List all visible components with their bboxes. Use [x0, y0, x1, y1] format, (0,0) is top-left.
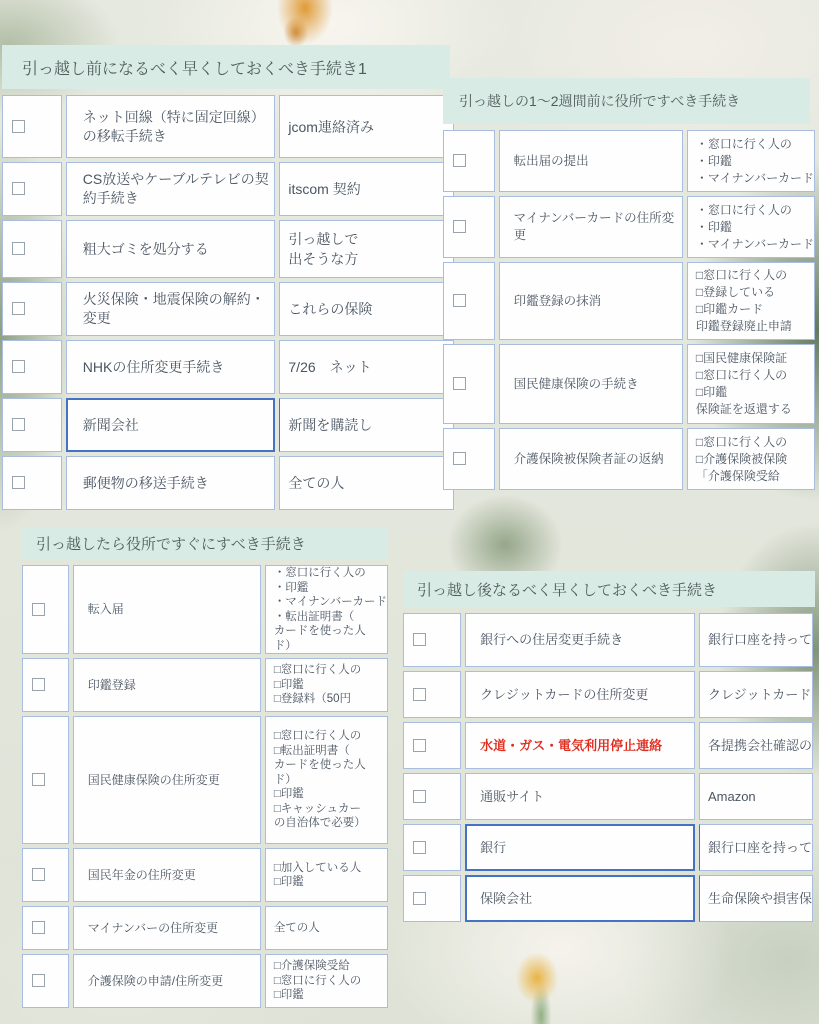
task-cell[interactable]: 転出届の提出 — [499, 130, 683, 192]
checkbox-cell[interactable] — [2, 95, 62, 158]
checklist-table-before-moving: 引っ越し前になるべく早くしておくべき手続き1 ネット回線（特に固定回線）の移転手… — [2, 45, 458, 514]
task-cell[interactable]: NHKの住所変更手続き — [66, 340, 276, 394]
table-row: 転出届の提出 ・窓口に行く人の ・印鑑 ・マイナンバーカード — [443, 130, 815, 192]
checkbox-icon[interactable] — [413, 633, 426, 646]
table-row: 水道・ガス・電気利用停止連絡 各提携会社確認の — [403, 722, 813, 769]
checkbox-icon[interactable] — [32, 603, 45, 616]
table-row: 国民年金の住所変更 □加入している人 □印鑑 — [22, 848, 388, 902]
checkbox-cell[interactable] — [403, 613, 461, 667]
checkbox-icon[interactable] — [12, 418, 25, 431]
checkbox-icon[interactable] — [453, 452, 466, 465]
note-cell[interactable]: 全ての人 — [279, 456, 454, 510]
checkbox-cell[interactable] — [2, 340, 62, 394]
table-row: 通販サイト Amazon — [403, 773, 813, 820]
task-cell[interactable]: 郵便物の移送手続き — [66, 456, 276, 510]
checkbox-icon[interactable] — [12, 360, 25, 373]
note-cell[interactable]: 全ての人 — [265, 906, 388, 950]
checkbox-icon[interactable] — [12, 182, 25, 195]
checkbox-icon[interactable] — [32, 974, 45, 987]
task-cell[interactable]: 国民年金の住所変更 — [73, 848, 261, 902]
checkbox-cell[interactable] — [22, 565, 69, 654]
checkbox-icon[interactable] — [12, 120, 25, 133]
checkbox-cell[interactable] — [2, 220, 62, 278]
task-cell[interactable]: 保険会社 — [465, 875, 695, 922]
table-row: 転入届 ・窓口に行く人の ・印鑑 ・マイナンバーカード ・転出証明書（ カードを… — [22, 565, 388, 654]
checkbox-cell[interactable] — [22, 954, 69, 1008]
table-row: 介護保険被保険者証の返納 □窓口に行く人の □介護保険被保険 「介護保険受給 — [443, 428, 815, 490]
checkbox-icon[interactable] — [453, 294, 466, 307]
table-row: 郵便物の移送手続き 全ての人 — [2, 456, 454, 510]
checkbox-cell[interactable] — [403, 671, 461, 718]
checkbox-icon[interactable] — [32, 921, 45, 934]
table-title: 引っ越し後なるべく早くしておくべき手続き — [403, 571, 815, 607]
checklist-table-after-moving: 引っ越し後なるべく早くしておくべき手続き 銀行への住居変更手続き 銀行口座を持っ… — [403, 571, 817, 926]
note-cell[interactable]: 銀行口座を持って — [699, 613, 813, 667]
note-cell[interactable]: □窓口に行く人の □印鑑 □登録料（50円 — [265, 658, 388, 712]
task-cell[interactable]: 通販サイト — [465, 773, 695, 820]
checkbox-icon[interactable] — [413, 841, 426, 854]
table-row: 粗大ゴミを処分する 引っ越しで 出そうな方 — [2, 220, 454, 278]
table-row: 国民健康保険の手続き □国民健康保険証 □窓口に行く人の □印鑑 保険証を返還す… — [443, 344, 815, 424]
task-cell[interactable]: 国民健康保険の住所変更 — [73, 716, 261, 844]
checklist-grid: ネット回線（特に固定回線）の移転手続き jcom連絡済み CS放送やケーブルテレ… — [2, 91, 458, 514]
note-cell[interactable]: 生命保険や損害保 — [699, 875, 813, 922]
checkbox-icon[interactable] — [453, 220, 466, 233]
table-row: 新聞会社 新聞を購読し — [2, 398, 454, 452]
checkbox-cell[interactable] — [22, 716, 69, 844]
checkbox-icon[interactable] — [453, 154, 466, 167]
checkbox-icon[interactable] — [413, 688, 426, 701]
checklist-table-city-office-after: 引っ越したら役所ですぐにすべき手続き 転入届 ・窓口に行く人の ・印鑑 ・マイナ… — [22, 528, 392, 1012]
note-cell[interactable]: □加入している人 □印鑑 — [265, 848, 388, 902]
checkbox-cell[interactable] — [22, 658, 69, 712]
table-title: 引っ越しの1〜2週間前に役所ですべき手続き — [443, 78, 810, 124]
note-cell[interactable]: 新聞を購読し — [279, 398, 454, 452]
checkbox-icon[interactable] — [413, 739, 426, 752]
checkbox-icon[interactable] — [12, 242, 25, 255]
checkbox-cell[interactable] — [2, 162, 62, 216]
task-cell[interactable]: 転入届 — [73, 565, 261, 654]
checkbox-cell[interactable] — [403, 824, 461, 871]
table-row: NHKの住所変更手続き 7/26 ネット — [2, 340, 454, 394]
table-row: CS放送やケーブルテレビの契約手続き itscom 契約 — [2, 162, 454, 216]
checklist-grid: 銀行への住居変更手続き 銀行口座を持って クレジットカードの住所変更 クレジット… — [403, 609, 817, 926]
note-cell[interactable]: 7/26 ネット — [279, 340, 454, 394]
table-title: 引っ越したら役所ですぐにすべき手続き — [22, 528, 388, 559]
checkbox-icon[interactable] — [12, 302, 25, 315]
task-cell[interactable]: 介護保険被保険者証の返納 — [499, 428, 683, 490]
task-cell[interactable]: マイナンバーの住所変更 — [73, 906, 261, 950]
note-cell[interactable]: ・窓口に行く人の ・印鑑 ・マイナンバーカード — [687, 196, 815, 258]
checklist-grid: 転入届 ・窓口に行く人の ・印鑑 ・マイナンバーカード ・転出証明書（ カードを… — [22, 561, 392, 1012]
checkbox-cell[interactable] — [443, 428, 495, 490]
table-row: 銀行 銀行口座を持って — [403, 824, 813, 871]
checkbox-cell[interactable] — [403, 722, 461, 769]
checkbox-cell[interactable] — [443, 344, 495, 424]
table-row: 印鑑登録の抹消 □窓口に行く人の □登録している □印鑑カード 印鑑登録廃止申請 — [443, 262, 815, 340]
task-cell[interactable]: クレジットカードの住所変更 — [465, 671, 695, 718]
table-row: 介護保険の申請/住所変更 □介護保険受給 □窓口に行く人の □印鑑 — [22, 954, 388, 1008]
note-cell[interactable]: □国民健康保険証 □窓口に行く人の □印鑑 保険証を返還する — [687, 344, 815, 424]
checkbox-cell[interactable] — [2, 456, 62, 510]
checkbox-icon[interactable] — [413, 892, 426, 905]
table-row: ネット回線（特に固定回線）の移転手続き jcom連絡済み — [2, 95, 454, 158]
note-cell[interactable]: □窓口に行く人の □介護保険被保険 「介護保険受給 — [687, 428, 815, 490]
task-cell[interactable]: 国民健康保険の手続き — [499, 344, 683, 424]
task-cell[interactable]: 新聞会社 — [66, 398, 276, 452]
task-cell[interactable]: 印鑑登録 — [73, 658, 261, 712]
checkbox-cell[interactable] — [443, 196, 495, 258]
table-row: 保険会社 生命保険や損害保 — [403, 875, 813, 922]
note-cell[interactable]: 引っ越しで 出そうな方 — [279, 220, 454, 278]
checklist-grid: 転出届の提出 ・窓口に行く人の ・印鑑 ・マイナンバーカード マイナンバーカード… — [443, 126, 819, 494]
task-cell[interactable]: 印鑑登録の抹消 — [499, 262, 683, 340]
note-cell[interactable]: ・窓口に行く人の ・印鑑 ・マイナンバーカード — [687, 130, 815, 192]
note-cell[interactable]: jcom連絡済み — [279, 95, 454, 158]
task-cell[interactable]: 銀行 — [465, 824, 695, 871]
checkbox-cell[interactable] — [403, 875, 461, 922]
task-cell[interactable]: ネット回線（特に固定回線）の移転手続き — [66, 95, 276, 158]
checkbox-cell[interactable] — [403, 773, 461, 820]
checkbox-icon[interactable] — [413, 790, 426, 803]
note-cell[interactable]: クレジットカード — [699, 671, 813, 718]
note-cell[interactable]: itscom 契約 — [279, 162, 454, 216]
table-row: 銀行への住居変更手続き 銀行口座を持って — [403, 613, 813, 667]
note-cell[interactable]: 銀行口座を持って — [699, 824, 813, 871]
task-cell[interactable]: CS放送やケーブルテレビの契約手続き — [66, 162, 276, 216]
task-cell[interactable]: 火災保険・地震保険の解約・変更 — [66, 282, 276, 336]
note-cell[interactable]: □介護保険受給 □窓口に行く人の □印鑑 — [265, 954, 388, 1008]
note-cell[interactable]: Amazon — [699, 773, 813, 820]
checkbox-icon[interactable] — [32, 868, 45, 881]
checkbox-cell[interactable] — [443, 262, 495, 340]
note-cell[interactable]: □窓口に行く人の □転出証明書（ カードを使った人 ド） □印鑑 □キャッシュカ… — [265, 716, 388, 844]
table-row: マイナンバーの住所変更 全ての人 — [22, 906, 388, 950]
table-title: 引っ越し前になるべく早くしておくべき手続き1 — [2, 45, 450, 89]
note-cell[interactable]: ・窓口に行く人の ・印鑑 ・マイナンバーカード ・転出証明書（ カードを使った人… — [265, 565, 388, 654]
task-cell[interactable]: 水道・ガス・電気利用停止連絡 — [465, 722, 695, 769]
table-row: クレジットカードの住所変更 クレジットカード — [403, 671, 813, 718]
checkbox-cell[interactable] — [2, 398, 62, 452]
checkbox-icon[interactable] — [453, 377, 466, 390]
checkbox-icon[interactable] — [32, 773, 45, 786]
table-row: 国民健康保険の住所変更 □窓口に行く人の □転出証明書（ カードを使った人 ド）… — [22, 716, 388, 844]
task-cell[interactable]: 粗大ゴミを処分する — [66, 220, 276, 278]
checklist-table-city-office-before: 引っ越しの1〜2週間前に役所ですべき手続き 転出届の提出 ・窓口に行く人の ・印… — [443, 78, 819, 494]
task-cell[interactable]: 銀行への住居変更手続き — [465, 613, 695, 667]
note-cell[interactable]: 各提携会社確認の — [699, 722, 813, 769]
note-cell[interactable]: これらの保険 — [279, 282, 454, 336]
table-row: マイナンバーカードの住所変更 ・窓口に行く人の ・印鑑 ・マイナンバーカード — [443, 196, 815, 258]
table-row: 印鑑登録 □窓口に行く人の □印鑑 □登録料（50円 — [22, 658, 388, 712]
task-cell[interactable]: マイナンバーカードの住所変更 — [499, 196, 683, 258]
checkbox-icon[interactable] — [12, 476, 25, 489]
table-row: 火災保険・地震保険の解約・変更 これらの保険 — [2, 282, 454, 336]
checkbox-cell[interactable] — [22, 848, 69, 902]
checkbox-icon[interactable] — [32, 678, 45, 691]
note-cell[interactable]: □窓口に行く人の □登録している □印鑑カード 印鑑登録廃止申請 — [687, 262, 815, 340]
checkbox-cell[interactable] — [443, 130, 495, 192]
checkbox-cell[interactable] — [2, 282, 62, 336]
checkbox-cell[interactable] — [22, 906, 69, 950]
task-cell[interactable]: 介護保険の申請/住所変更 — [73, 954, 261, 1008]
